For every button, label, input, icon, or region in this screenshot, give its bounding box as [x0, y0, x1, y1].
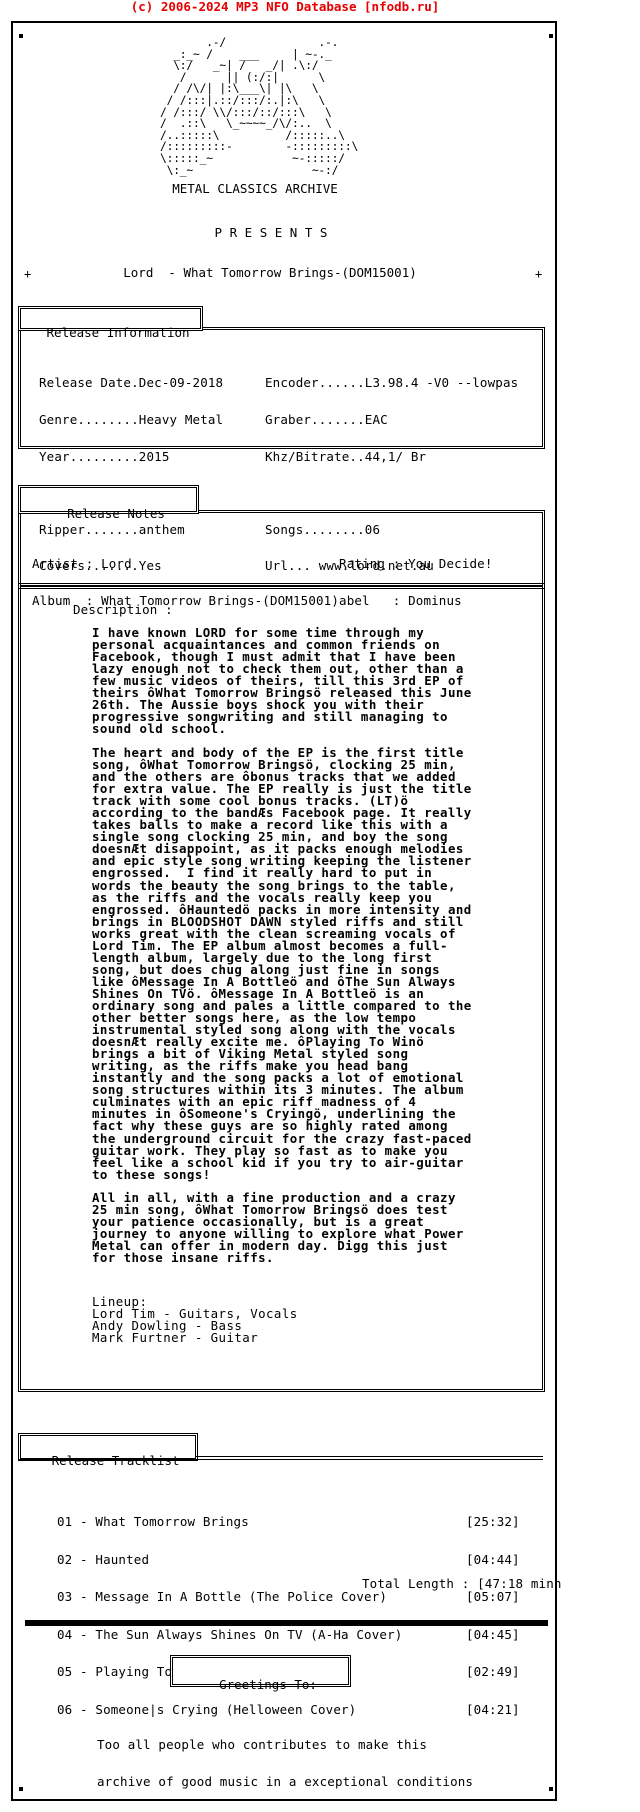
track-row[interactable]: 01 - What Tomorrow Brings[25:32]: [57, 1516, 520, 1529]
presents-heading: P R E S E N T S: [0, 226, 544, 240]
greetings-line-1: Too all people who contributes to make t…: [97, 1739, 473, 1751]
description-paragraph-2: The heart and body of the EP is the firs…: [92, 747, 472, 1181]
description-paragraph-3: All in all, with a fine production and a…: [92, 1192, 464, 1264]
lineup-member-3: Mark Furtner - Guitar: [92, 1332, 258, 1344]
release-info-tab-label: Release Information: [47, 325, 190, 340]
track-row[interactable]: 04 - The Sun Always Shines On TV (A-Ha C…: [57, 1629, 520, 1642]
greetings-line-2: archive of good music in a exceptional c…: [97, 1776, 473, 1788]
corner-marker-bottom-left: [19, 1787, 23, 1791]
description-label: Description :: [73, 604, 173, 616]
total-length: Total Length : [47:18 minn: [362, 1578, 562, 1590]
plus-marker-right: +: [535, 268, 542, 280]
track-row[interactable]: 02 - Haunted[04:44]: [57, 1554, 520, 1567]
artist-line: Artist : Lord Rating : You Decide!: [32, 558, 493, 570]
track-row[interactable]: 03 - Message In A Bottle (The Police Cov…: [57, 1591, 520, 1604]
section-divider: [25, 1620, 548, 1626]
release-notes-tab: Release Notes: [18, 485, 199, 514]
corner-marker-top-right: [549, 34, 553, 38]
info-row-genre: Genre........Heavy Metal: [39, 414, 223, 426]
info-row-encoder: Encoder......L3.98.4 -V0 --lowpas: [265, 377, 518, 389]
archive-name: METAL CLASSICS ARCHIVE: [0, 182, 528, 196]
info-row-bitrate: Khz/Bitrate..44,1/ Br: [265, 451, 518, 463]
release-notes-tab-label: Release Notes: [67, 506, 165, 521]
release-info-tab: Release Information: [18, 306, 203, 331]
corner-marker-top-left: [19, 34, 23, 38]
tracklist-rule-bottom: [18, 1459, 543, 1460]
greetings-tab: Greetings To:: [170, 1655, 351, 1687]
greetings-tab-label: Greetings To:: [219, 1677, 317, 1692]
info-row-graber: Graber.......EAC: [265, 414, 518, 426]
corner-marker-bottom-right: [549, 1787, 553, 1791]
info-row-release-date: Release Date.Dec-09-2018: [39, 377, 223, 389]
tracklist-rule-top: [196, 1456, 543, 1457]
info-row-spacer: [265, 487, 518, 499]
track-list: 01 - What Tomorrow Brings[25:32] 02 - Ha…: [57, 1491, 520, 1729]
description-paragraph-1: I have known LORD for some time through …: [92, 627, 472, 735]
tracklist-tab-label: Release Tracklist: [52, 1453, 180, 1468]
info-row-year: Year.........2015: [39, 451, 223, 463]
greetings-text: Too all people who contributes to make t…: [97, 1715, 473, 1800]
ascii-logo: .-/ .-. _:_~ / ___ | ~-._ \:/ _~| / _/| …: [160, 37, 358, 176]
tracklist-tab: Release Tracklist: [18, 1433, 198, 1461]
release-title: Lord - What Tomorrow Brings-(DOM15001): [0, 266, 543, 280]
copyright-notice: (c) 2006-2024 MP3 NFO Database [nfodb.ru…: [0, 0, 570, 14]
